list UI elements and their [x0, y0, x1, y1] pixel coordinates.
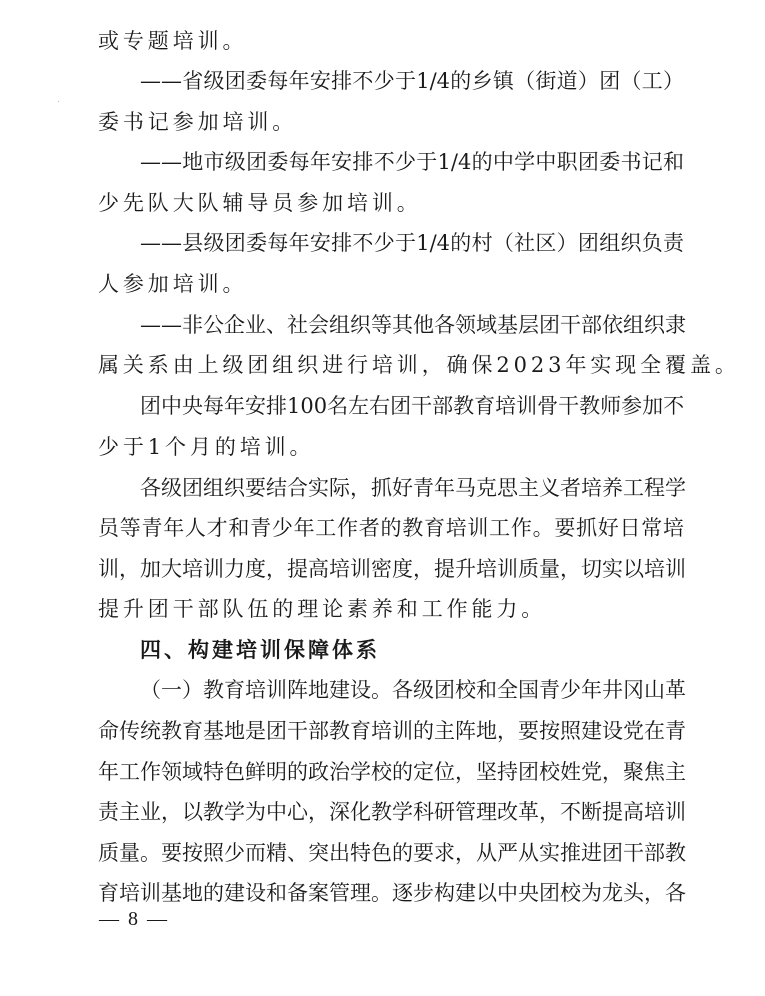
text-line-20: 责主业，以教学为中心，深化教学科研管理改革，不断提高培训	[98, 798, 684, 826]
text-line-13: 员等青年人才和青少年工作者的教育培训工作。要抓好日常培	[98, 514, 684, 542]
section-heading: 四、构建培训保障体系	[140, 636, 684, 664]
text-line-17: （一）教育培训阵地建设。各级团校和全国青少年井冈山革	[140, 676, 684, 704]
text-line-1: 或专题培训。	[98, 27, 684, 55]
text-line-7: 人参加培训。	[98, 270, 684, 298]
text-line-4: ——地市级团委每年安排不少于1/4的中学中职团委书记和	[140, 148, 684, 176]
text-line-3: 委书记参加培训。	[98, 108, 684, 136]
text-line-18: 命传统教育基地是团干部教育培训的主阵地，要按照建设党在青	[98, 717, 684, 745]
document-page: 或专题培训。 ——省级团委每年安排不少于1/4的乡镇（街道）团（工） 委书记参加…	[0, 0, 765, 996]
text-line-9: 属关系由上级团组织进行培训，确保2023年实现全覆盖。	[98, 351, 684, 379]
text-line-8: ——非公企业、社会组织等其他各领域基层团干部依组织隶	[140, 311, 684, 339]
text-line-22: 育培训基地的建设和备案管理。逐步构建以中央团校为龙头，各	[98, 879, 684, 907]
text-line-12: 各级团组织要结合实际，抓好青年马克思主义者培养工程学	[140, 474, 684, 502]
scan-speck	[58, 101, 59, 102]
text-line-10: 团中央每年安排100名左右团干部教育培训骨干教师参加不	[140, 392, 684, 420]
page-number: — 8 —	[99, 905, 169, 933]
text-line-2: ——省级团委每年安排不少于1/4的乡镇（街道）团（工）	[140, 67, 684, 95]
text-line-19: 年工作领域特色鲜明的政治学校的定位，坚持团校姓党，聚焦主	[98, 758, 684, 786]
text-line-11: 少于1个月的培训。	[98, 433, 684, 461]
text-line-21: 质量。要按照少而精、突出特色的要求，从严从实推进团干部教	[98, 839, 684, 867]
text-line-5: 少先队大队辅导员参加培训。	[98, 189, 684, 217]
text-line-6: ——县级团委每年安排不少于1/4的村（社区）团组织负责	[140, 229, 684, 257]
text-line-15: 提升团干部队伍的理论素养和工作能力。	[98, 595, 684, 623]
text-line-14: 训，加大培训力度，提高培训密度，提升培训质量，切实以培训	[98, 555, 684, 583]
